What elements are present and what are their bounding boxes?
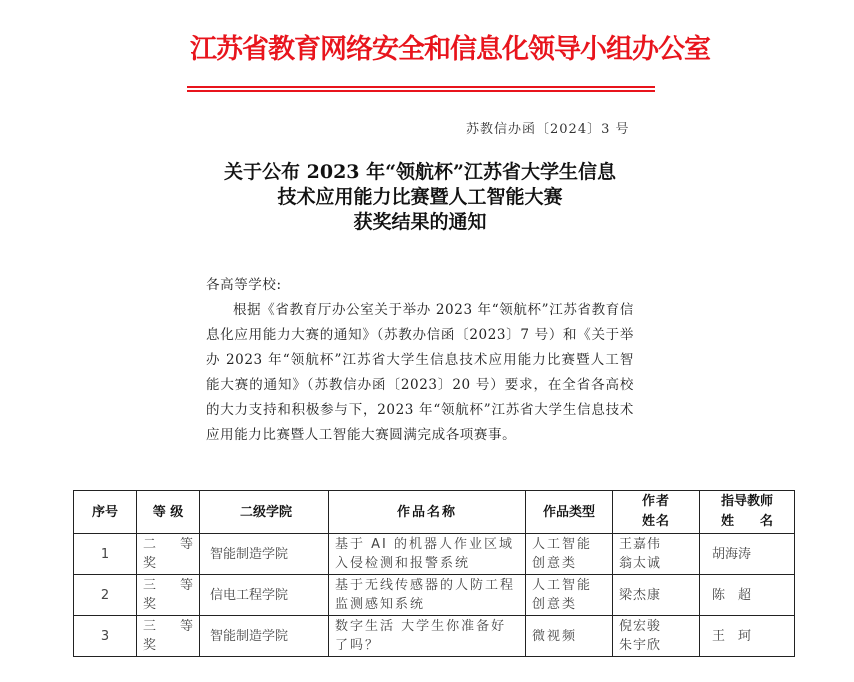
table-row: 2 三等 奖 信电工程学院 基于无线传感器的人防工程监测感知系统 人工智能创意类… xyxy=(74,575,795,616)
header-teacher-line-2: 姓 名 xyxy=(706,512,788,532)
cell-type: 微视频 xyxy=(526,616,613,657)
header-type: 作品类型 xyxy=(526,491,613,534)
document-number: 苏教信办函〔2024〕3 号 xyxy=(466,118,630,137)
header-teacher-line-1: 指导教师 xyxy=(706,492,788,512)
salutation: 各高等学校: xyxy=(206,273,634,298)
cell-level: 二等 奖 xyxy=(137,534,200,575)
header-work: 作品名称 xyxy=(329,491,526,534)
header-author-line-1: 作者 xyxy=(619,492,693,512)
cell-type: 人工智能创意类 xyxy=(526,534,613,575)
cell-work: 基于 AI 的机器人作业区域入侵检测和报警系统 xyxy=(329,534,526,575)
cell-college: 智能制造学院 xyxy=(200,616,329,657)
cell-level: 三等 奖 xyxy=(137,616,200,657)
cell-teacher: 胡海涛 xyxy=(700,534,795,575)
header-college: 二级学院 xyxy=(200,491,329,534)
cell-college: 信电工程学院 xyxy=(200,575,329,616)
cell-teacher: 陈 超 xyxy=(700,575,795,616)
cell-seq: 3 xyxy=(74,616,137,657)
cell-author: 倪宏骏 朱宇欣 xyxy=(613,616,700,657)
cell-type: 人工智能创意类 xyxy=(526,575,613,616)
cell-seq: 1 xyxy=(74,534,137,575)
title-line-3: 获奖结果的通知 xyxy=(200,210,640,235)
header-level: 等 级 xyxy=(137,491,200,534)
header-author: 作者 姓名 xyxy=(613,491,700,534)
awards-table: 序号 等 级 二级学院 作品名称 作品类型 作者 姓名 指导教师 姓 名 1 二… xyxy=(73,490,795,657)
table-row: 1 二等 奖 智能制造学院 基于 AI 的机器人作业区域入侵检测和报警系统 人工… xyxy=(74,534,795,575)
title-line-2: 技术应用能力比赛暨人工智能大赛 xyxy=(200,185,640,210)
cell-author: 王嘉伟 翁太诚 xyxy=(613,534,700,575)
table-header-row: 序号 等 级 二级学院 作品名称 作品类型 作者 姓名 指导教师 姓 名 xyxy=(74,491,795,534)
cell-seq: 2 xyxy=(74,575,137,616)
cell-college: 智能制造学院 xyxy=(200,534,329,575)
cell-author: 梁杰康 xyxy=(613,575,700,616)
title-line-1: 关于公布 2023 年“领航杯”江苏省大学生信息 xyxy=(200,160,640,185)
masthead-red-rule-thin xyxy=(187,90,655,92)
header-seq: 序号 xyxy=(74,491,137,534)
cell-work: 基于无线传感器的人防工程监测感知系统 xyxy=(329,575,526,616)
document-body: 各高等学校: 根据《省教育厅办公室关于举办 2023 年“领航杯”江苏省教育信息… xyxy=(206,273,634,448)
body-paragraph: 根据《省教育厅办公室关于举办 2023 年“领航杯”江苏省教育信息化应用能力大赛… xyxy=(206,298,634,448)
document-title: 关于公布 2023 年“领航杯”江苏省大学生信息 技术应用能力比赛暨人工智能大赛… xyxy=(200,160,640,235)
masthead-red-rule-thick xyxy=(187,86,655,88)
header-teacher: 指导教师 姓 名 xyxy=(700,491,795,534)
header-author-line-2: 姓名 xyxy=(619,512,693,532)
cell-work: 数字生活 大学生你准备好了吗？ xyxy=(329,616,526,657)
cell-level: 三等 奖 xyxy=(137,575,200,616)
cell-teacher: 王 珂 xyxy=(700,616,795,657)
table-row: 3 三等 奖 智能制造学院 数字生活 大学生你准备好了吗？ 微视频 倪宏骏 朱宇… xyxy=(74,616,795,657)
masthead-org-name: 江苏省教育网络安全和信息化领导小组办公室 xyxy=(190,30,650,70)
